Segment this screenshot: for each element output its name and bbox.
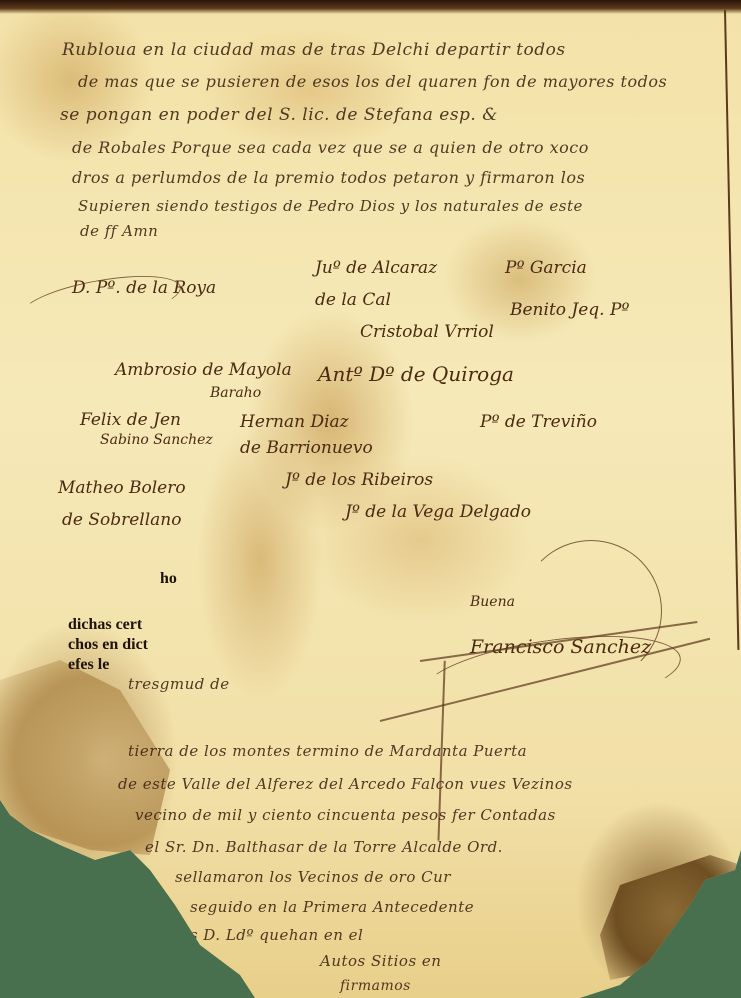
body-line: seguido en la Primera Antecedente [190,898,474,916]
printed-marker: ho [160,570,177,588]
signature: Hernan Diaz [240,412,349,432]
signature: Antº Dº de Quiroga [318,362,514,386]
body-line: sellamaron los Vecinos de oro Cur [175,868,451,886]
torn-corner-right [600,855,741,985]
body-line: se pongan en poder del S. lic. de Stefan… [60,105,498,125]
body-line: de este Valle del Alferez del Arcedo Fal… [118,775,573,793]
signature: Pº de Treviño [480,412,597,432]
body-line: de ff Amn [80,222,158,240]
signature: Juº de Alcaraz [315,258,437,278]
signature: de Sobrellano [62,510,182,530]
body-line: vecino de mil y ciento cincuenta pesos f… [135,806,556,824]
body-line: Supieren siendo testigos de Pedro Dios y… [78,197,583,215]
body-line: de Robales Porque sea cada vez que se a … [72,138,589,157]
signature: Buena [470,594,515,610]
signature: Benito Jeq. Pº [510,300,629,320]
manuscript-page: Rubloua en la ciudad mas de tras Delchi … [0,0,741,998]
printed-line: efes le [68,656,109,674]
body-line: tierra de los montes termino de Mardanta… [128,742,527,760]
body-line: firmamos [340,978,411,994]
signature: Cristobal Vrriol [360,322,494,342]
body-line: Autos Sitios en [320,952,441,970]
signature: Felix de Jen [80,410,181,430]
body-line: los D. Ldº quehan en el [175,926,363,944]
signature: Pº Garcia [505,258,587,278]
fragment-text: tresgmud de [128,675,230,693]
signature: Jº de los Ribeiros [285,470,433,490]
signature: Sabino Sanchez [100,432,213,448]
signature: de la Cal [315,290,391,310]
body-line: Rubloua en la ciudad mas de tras Delchi … [62,40,566,60]
signature: Jº de la Vega Delgado [345,502,531,522]
printed-line: chos en dict [68,636,148,654]
signature: de Barrionuevo [240,438,373,458]
body-line: de mas que se pusieren de esos los del q… [78,72,667,91]
flourish [18,266,185,335]
page-fold [724,10,739,650]
signature: Matheo Bolero [58,478,186,498]
printed-line: dichas cert [68,616,142,634]
body-line: el Sr. Dn. Balthasar de la Torre Alcalde… [145,838,503,856]
signature: Baraho [210,385,261,401]
binding-edge [0,0,741,14]
body-line: dros a perlumdos de la premio todos peta… [72,168,585,187]
signature: Ambrosio de Mayola [115,360,292,380]
